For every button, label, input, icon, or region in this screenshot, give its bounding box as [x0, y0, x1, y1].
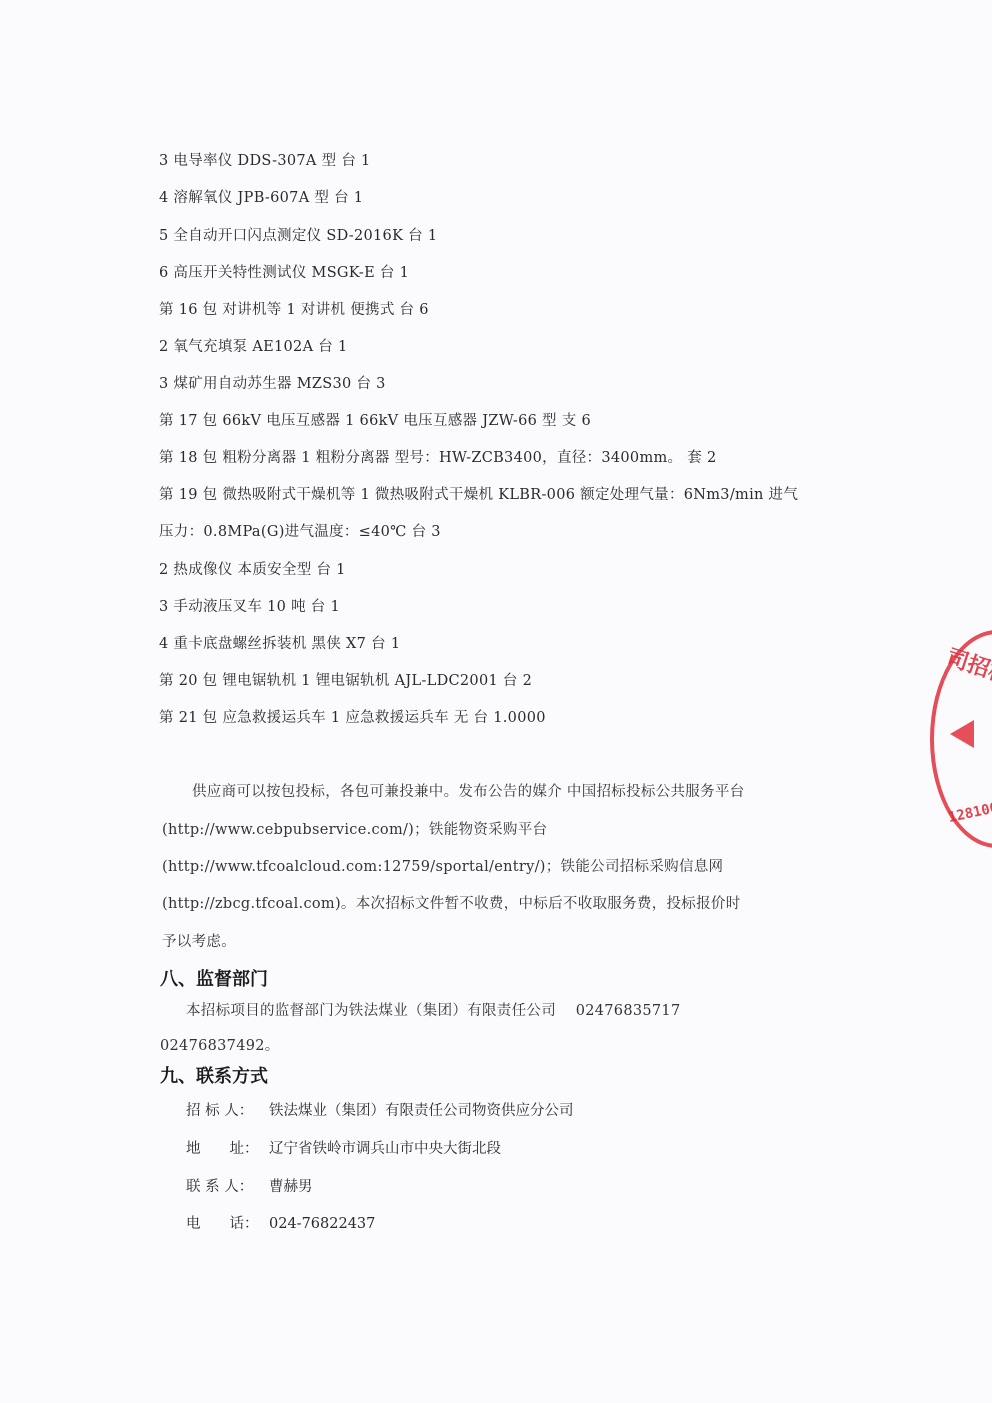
- contact-value: 曹赫男: [269, 1177, 313, 1197]
- contact-label: 招 标 人：: [186, 1101, 269, 1121]
- contact-row-tenderer: 招 标 人： 铁法煤业（集团）有限责任公司物资供应分公司: [186, 1101, 574, 1121]
- item-line: 2 氧气充填泵 AE102A 台 1: [159, 337, 348, 357]
- item-line: 第 19 包 微热吸附式干燥机等 1 微热吸附式干燥机 KLBR-006 额定处…: [159, 485, 798, 505]
- supervision-text: 本招标项目的监督部门为铁法煤业（集团）有限责任公司 02476835717: [186, 1001, 681, 1021]
- media-paragraph-line: (http://zbcg.tfcoal.com)。本次招标文件暂不收费，中标后不…: [162, 894, 741, 914]
- media-paragraph-line: (http://www.cebpubservice.com/)；铁能物资采购平台: [162, 820, 547, 840]
- contact-value: 024-76822437: [269, 1214, 375, 1234]
- item-line: 6 高压开关特性测试仪 MSGK-E 台 1: [159, 263, 409, 283]
- item-line: 5 全自动开口闪点测定仪 SD-2016K 台 1: [159, 226, 437, 246]
- item-line: 4 溶解氧仪 JPB-607A 型 台 1: [159, 188, 363, 208]
- section-heading-contact: 九、联系方式: [160, 1065, 268, 1089]
- contact-row-phone: 电 话： 024-76822437: [186, 1214, 375, 1234]
- supervision-text: 02476837492。: [160, 1036, 280, 1056]
- contact-row-address: 地 址： 辽宁省铁岭市调兵山市中央大街北段: [186, 1139, 501, 1159]
- item-line: 3 煤矿用自动苏生器 MZS30 台 3: [159, 374, 386, 394]
- media-paragraph-line: 予以考虑。: [162, 932, 236, 952]
- contact-value: 辽宁省铁岭市调兵山市中央大街北段: [269, 1139, 501, 1159]
- contact-label: 地 址：: [186, 1139, 269, 1159]
- contact-value: 铁法煤业（集团）有限责任公司物资供应分公司: [269, 1101, 574, 1121]
- seal-number: 128100: [947, 800, 992, 826]
- item-line: 第 18 包 粗粉分离器 1 粗粉分离器 型号：HW-ZCB3400，直径：34…: [159, 448, 717, 468]
- item-line: 2 热成像仪 本质安全型 台 1: [159, 560, 346, 580]
- item-line: 第 20 包 锂电锯轨机 1 锂电锯轨机 AJL-LDC2001 台 2: [159, 671, 532, 691]
- contact-row-person: 联 系 人： 曹赫男: [186, 1177, 313, 1197]
- document-page: 3 电导率仪 DDS-307A 型 台 1 4 溶解氧仪 JPB-607A 型 …: [0, 0, 992, 1403]
- seal-text: 司招标: [943, 641, 992, 691]
- item-line: 3 电导率仪 DDS-307A 型 台 1: [159, 151, 371, 171]
- contact-label: 联 系 人：: [186, 1177, 269, 1197]
- seal-stamp: 司招标 128100: [0, 0, 992, 1403]
- item-line: 4 重卡底盘螺丝拆装机 黑侠 X7 台 1: [159, 634, 400, 654]
- item-line: 第 16 包 对讲机等 1 对讲机 便携式 台 6: [159, 300, 429, 320]
- item-line: 3 手动液压叉车 10 吨 台 1: [159, 597, 340, 617]
- item-line: 第 21 包 应急救援运兵车 1 应急救援运兵车 无 台 1.0000: [159, 708, 546, 728]
- section-heading-supervision: 八、监督部门: [160, 968, 268, 992]
- contact-label: 电 话：: [186, 1214, 269, 1234]
- seal-ring: [930, 630, 992, 848]
- item-line: 压力：0.8MPa(G)进气温度：≤40℃ 台 3: [159, 522, 441, 542]
- media-paragraph-line: (http://www.tfcoalcloud.com:12759/sporta…: [162, 857, 723, 877]
- item-line: 第 17 包 66kV 电压互感器 1 66kV 电压互感器 JZW-66 型 …: [159, 411, 591, 431]
- media-paragraph-line: 供应商可以按包投标，各包可兼投兼中。发布公告的媒介 中国招标投标公共服务平台: [192, 782, 745, 802]
- seal-star-icon: [950, 720, 974, 748]
